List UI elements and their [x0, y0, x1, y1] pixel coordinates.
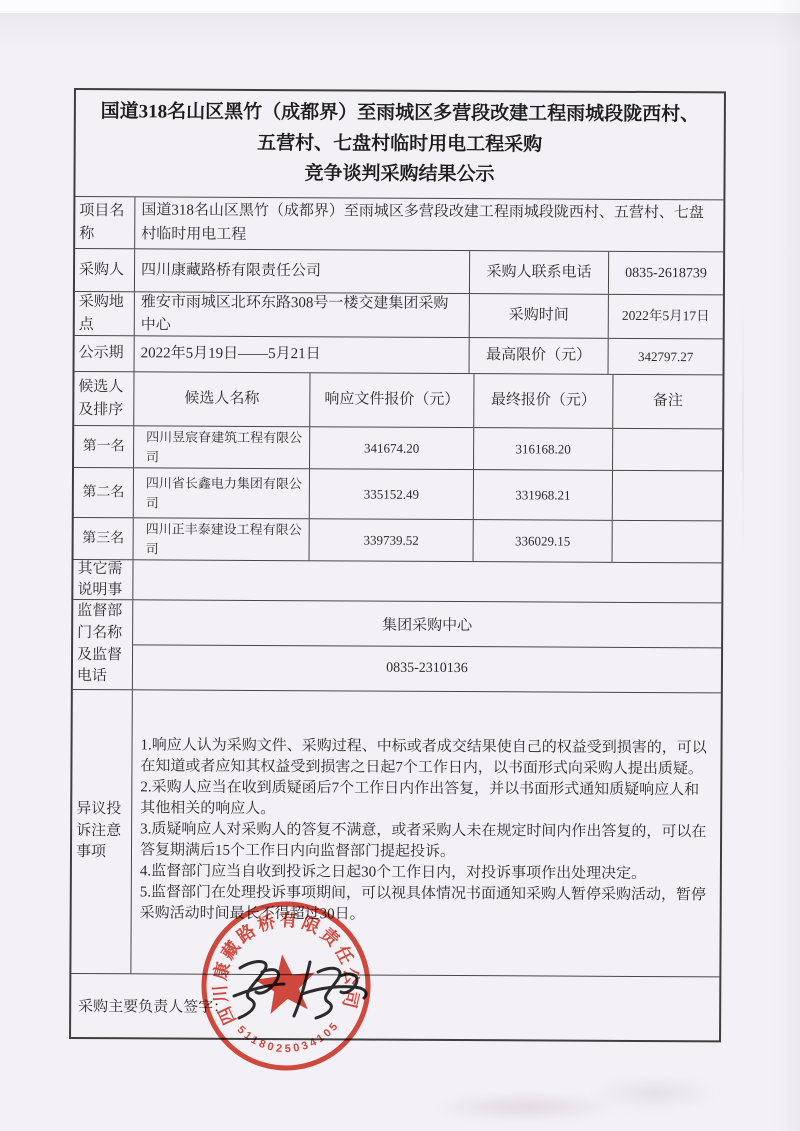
other-notes-label: 其它需说明事	[73, 560, 133, 599]
project-name-label: 项目名称	[75, 197, 135, 248]
candidate-note	[613, 471, 722, 521]
scan-right-shade	[774, 0, 800, 1131]
row-publicity: 公示期 2022年5月19日——5月21日 最高限价（元） 342797.27	[75, 335, 723, 374]
publicity-value: 2022年5月19日——5月21日	[135, 336, 470, 373]
candidate-name: 四川正丰泰建设工程有限公司	[134, 518, 310, 560]
row-signature: 采购主要负责人签字：	[71, 973, 719, 1040]
candidate-note	[613, 429, 722, 471]
handwritten-signature	[226, 942, 376, 1027]
buyer-value: 四川康藏路桥有限责任公司	[135, 249, 470, 293]
table-row: 第三名 四川正丰泰建设工程有限公司 339739.52 336029.15	[74, 517, 722, 562]
objection-label: 异议投诉注意事项	[71, 690, 132, 973]
candidates-docbid-header: 响应文件报价（元）	[310, 373, 474, 427]
scanned-procurement-notice: { "document": { "title_lines": [ "国道318名…	[0, 0, 800, 1131]
supervision-dept: 集团采购中心	[133, 600, 721, 647]
candidate-name: 四川昱宸眘建筑工程有限公司	[134, 426, 310, 468]
candidate-rank: 第一名	[74, 426, 134, 467]
candidate-final-bid: 316168.20	[474, 428, 613, 470]
row-objection-notes: 异议投诉注意事项 1.响应人认为采购文件、采购过程、中标或者成交结果使自己的权益…	[71, 689, 720, 976]
paper-stain	[430, 1092, 620, 1122]
table-row: 第二名 四川省长鑫电力集团有限公司 335152.49 331968.21	[74, 467, 722, 520]
supervision-label: 监督部门名称及监督电话	[73, 600, 133, 689]
document-table: 国道318名山区黑竹（成都界）至雨城区多营段改建工程雨城段陇西村、 五营村、七盘…	[69, 88, 726, 1042]
candidates-name-header: 候选人名称	[134, 372, 310, 426]
max-price-value: 342797.27	[609, 339, 723, 375]
candidates-finalbid-header: 最终报价（元）	[474, 374, 613, 428]
supervision-values: 集团采购中心 0835-2310136	[133, 600, 721, 692]
paper-crease	[742, 300, 744, 560]
buyer-phone-label: 采购人联系电话	[470, 251, 609, 294]
row-project-name: 项目名称 国道318名山区黑竹（成都界）至雨城区多营段改建工程雨城段陇西村、五营…	[75, 196, 723, 251]
publicity-label: 公示期	[75, 336, 135, 371]
title-line-3: 竞争谈判采购结果公示	[75, 158, 723, 192]
row-other-notes: 其它需说明事	[73, 559, 721, 602]
candidate-final-bid: 331968.21	[474, 470, 613, 520]
objection-item: 4.监督部门应当自收到投诉之日起30个工作日内，对投诉事项作出处理决定。	[140, 861, 708, 885]
document-title: 国道318名山区黑竹（成都界）至雨城区多营段改建工程雨城段陇西村、 五营村、七盘…	[75, 90, 724, 199]
table-row: 第一名 四川昱宸眘建筑工程有限公司 341674.20 316168.20	[74, 425, 722, 470]
scan-top-shade	[0, 13, 800, 47]
candidate-doc-bid: 339739.52	[310, 519, 474, 561]
buyer-phone-value: 0835-2618739	[609, 252, 723, 295]
objection-item: 3.质疑响应人对采购人的答复不满意，或者采购人未在规定时间内作出答复的，可以在答…	[140, 819, 708, 864]
row-location: 采购地点 雅安市雨城区北环东路308号一楼交建集团采购中心 采购时间 2022年…	[75, 291, 723, 338]
candidate-rank: 第三名	[74, 518, 134, 559]
max-price-label: 最高限价（元）	[470, 338, 609, 374]
candidate-doc-bid: 335152.49	[310, 469, 474, 519]
purchase-time-label: 采购时间	[470, 294, 609, 338]
scan-top-strip	[0, 0, 800, 13]
objection-item: 1.响应人认为采购文件、采购过程、中标或者成交结果使自己的权益受到损害的，可以在…	[140, 735, 708, 780]
row-supervision: 监督部门名称及监督电话 集团采购中心 0835-2310136	[73, 599, 721, 692]
candidate-name: 四川省长鑫电力集团有限公司	[134, 468, 310, 518]
candidates-rank-header: 候选人及排序	[74, 372, 134, 425]
signature-label: 采购主要负责人签字：	[71, 974, 719, 1040]
candidate-final-bid: 336029.15	[474, 520, 613, 562]
candidate-rank: 第二名	[74, 468, 134, 517]
other-notes-value	[133, 560, 721, 602]
title-line-2: 五营村、七盘村临时用电工程采购	[76, 128, 724, 162]
row-title: 国道318名山区黑竹（成都界）至雨城区多营段改建工程雨城段陇西村、 五营村、七盘…	[75, 90, 724, 199]
title-line-1: 国道318名山区黑竹（成都界）至雨城区多营段改建工程雨城段陇西村、	[76, 97, 724, 131]
location-value: 雅安市雨城区北环东路308号一楼交建集团采购中心	[135, 292, 470, 337]
candidates-note-header: 备注	[613, 375, 722, 429]
candidate-doc-bid: 341674.20	[310, 427, 474, 469]
paper-stain	[590, 1075, 720, 1111]
purchase-time-value: 2022年5月17日	[609, 295, 723, 339]
location-label: 采购地点	[75, 292, 135, 335]
buyer-label: 采购人	[75, 249, 135, 291]
candidate-note	[613, 521, 722, 563]
row-candidates-header: 候选人及排序 候选人名称 响应文件报价（元） 最终报价（元） 备注	[74, 371, 722, 428]
objection-item: 2.采购人应当在收到质疑函后7个工作日内作出答复，并以书面形式通知质疑响应人和其…	[140, 777, 708, 822]
project-name-value: 国道318名山区黑竹（成都界）至雨城区多营段改建工程雨城段陇西村、五营村、七盘村…	[135, 197, 723, 251]
supervision-phone: 0835-2310136	[133, 644, 721, 692]
row-buyer: 采购人 四川康藏路桥有限责任公司 采购人联系电话 0835-2618739	[75, 248, 723, 294]
